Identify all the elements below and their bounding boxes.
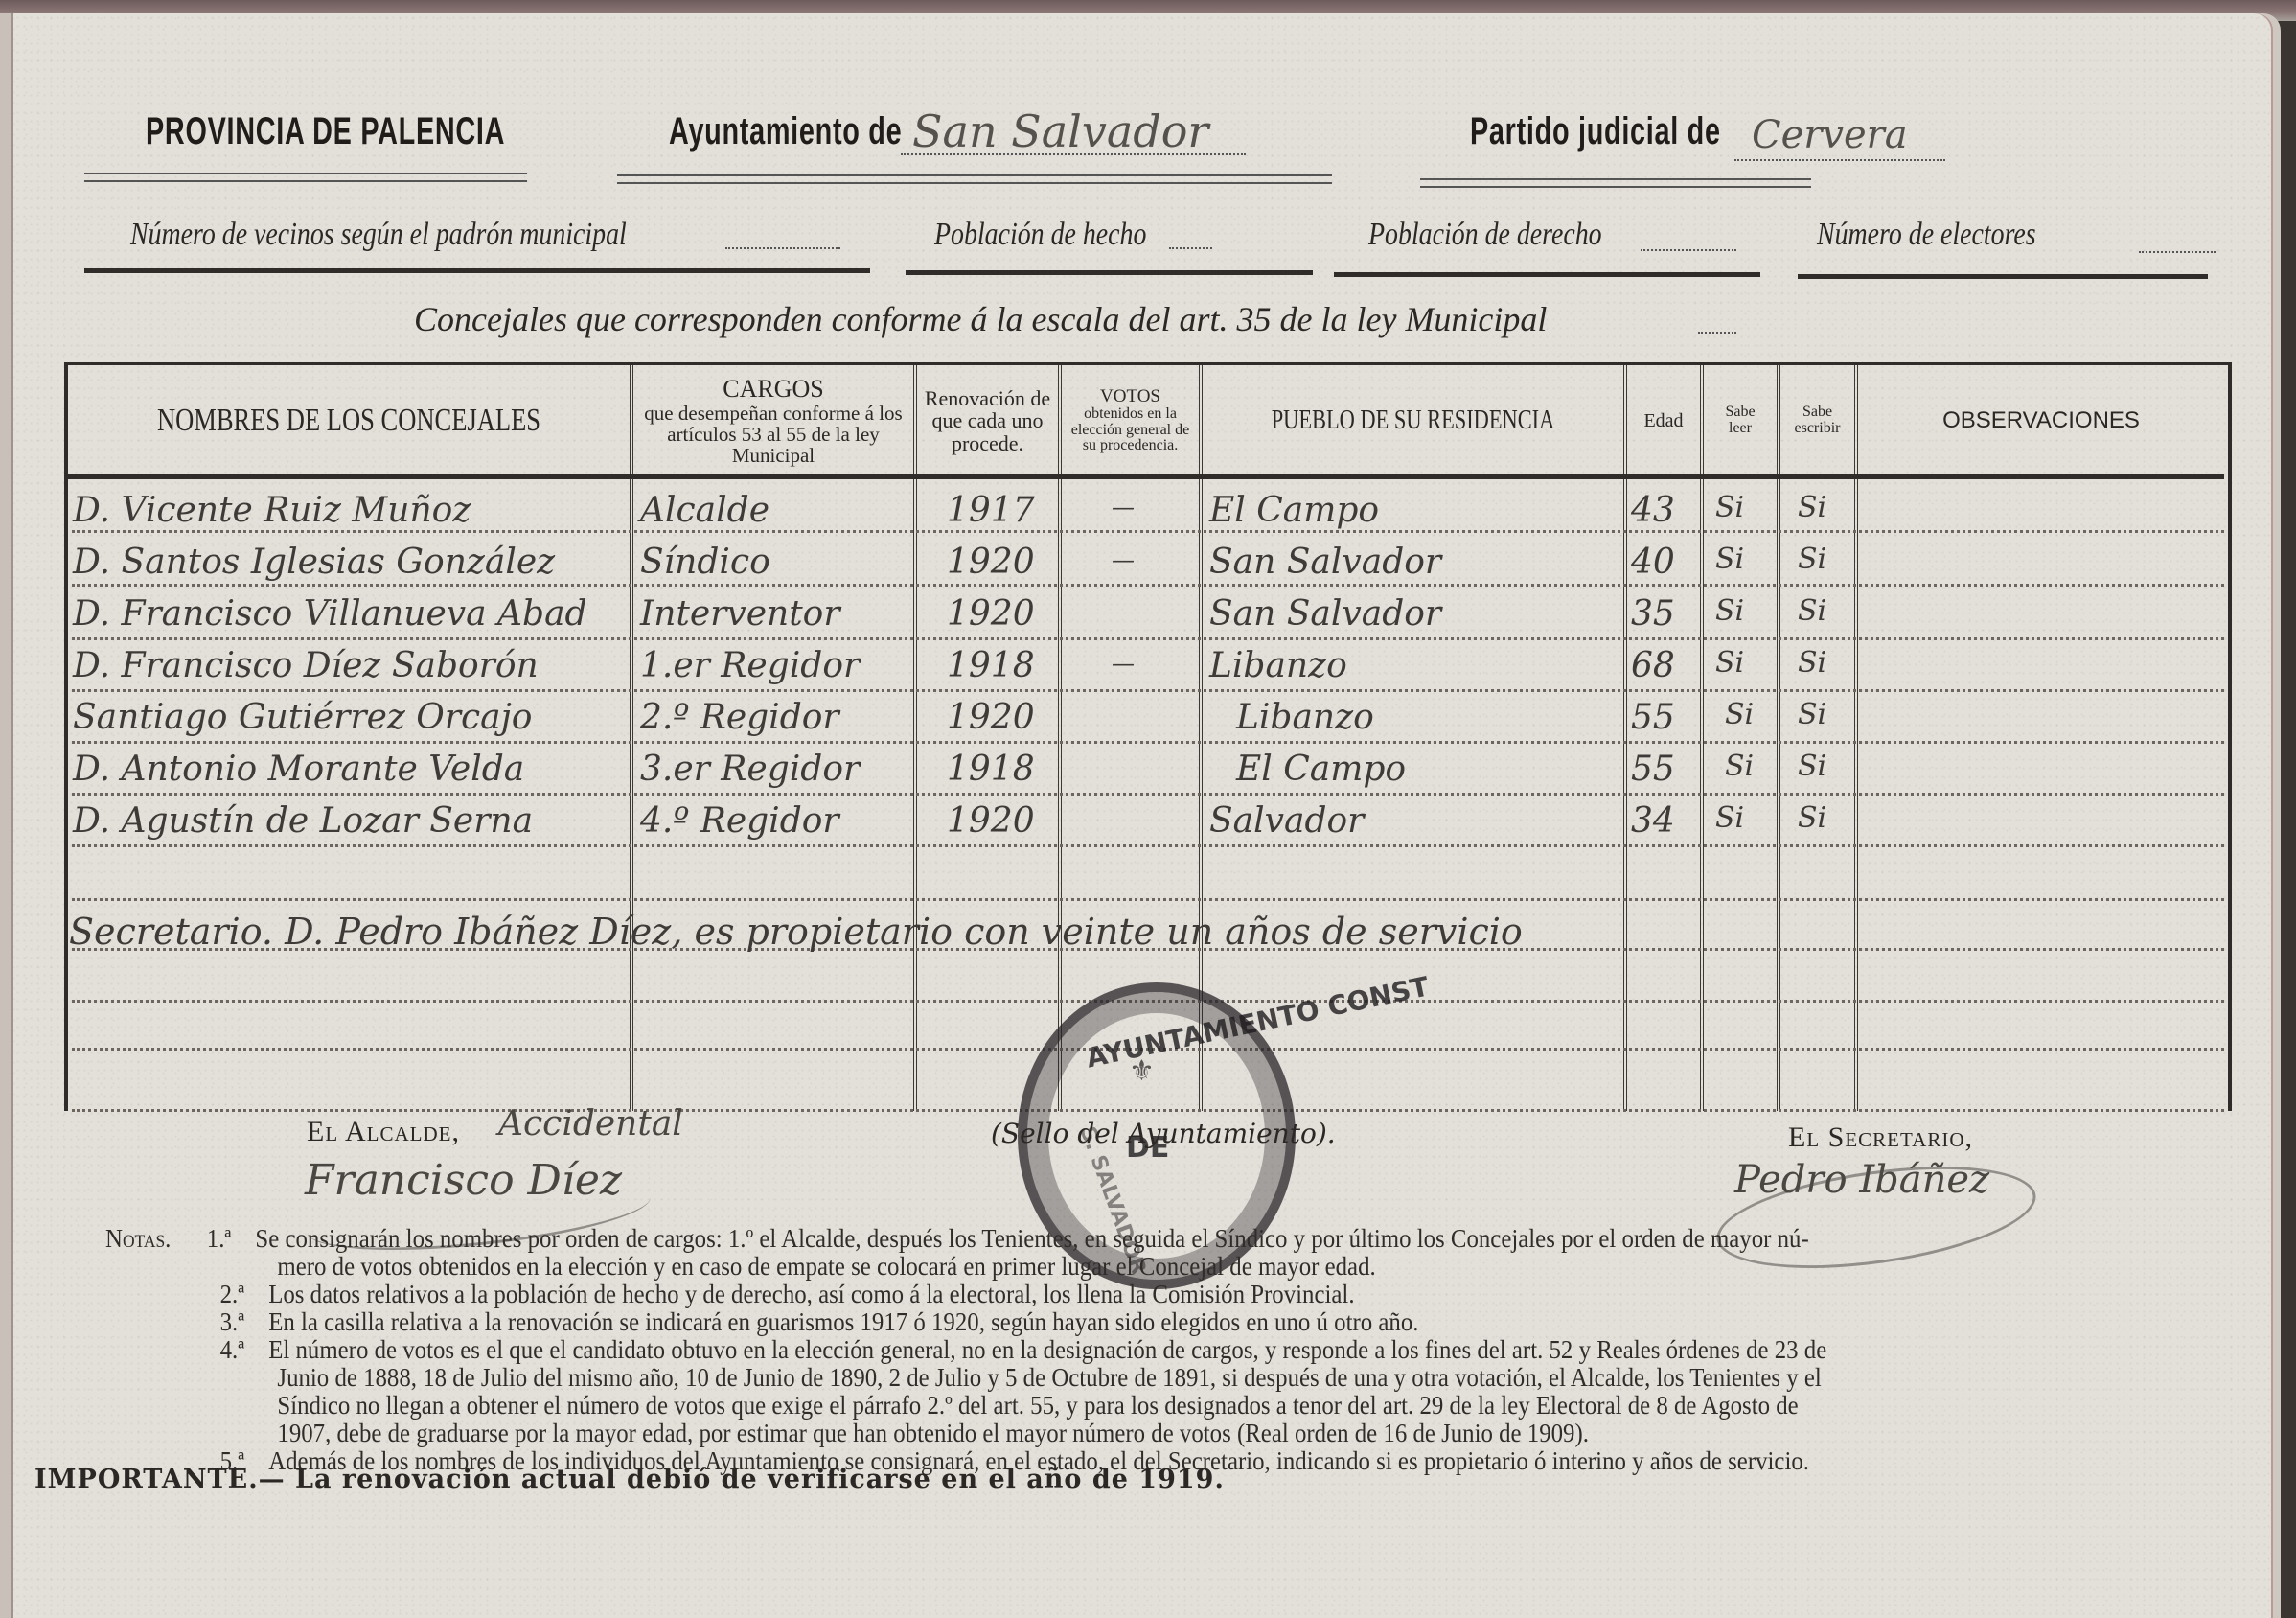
alcalde-sig-accidental: Accidental [498, 1104, 683, 1144]
note-4-text-3: Síndico no llegan a obtener el número de… [277, 1391, 1798, 1420]
row-line-3 [72, 637, 2224, 640]
row4-votos: — [1112, 650, 1135, 677]
sello-label: (Sello del Ayuntamiento). [991, 1118, 1336, 1149]
th-votos: VOTOS obtenidos en la elección general d… [1062, 373, 1199, 469]
note-1-line-1: Notas.1.ªSe consignarán los nombres por … [105, 1225, 2045, 1253]
row5-escribir: Si [1798, 698, 1826, 731]
vecinos-rule [84, 268, 870, 273]
note-1-number: 1.ª [207, 1225, 256, 1253]
row1-escribir: Si [1798, 491, 1826, 524]
row1-renovacion: 1917 [947, 491, 1035, 530]
row-line-8 [72, 898, 2224, 901]
row7-escribir: Si [1798, 801, 1826, 835]
row2-votos: — [1112, 546, 1135, 573]
note-3-text: En la casilla relativa a la renovación s… [268, 1307, 1418, 1336]
row4-pueblo: Libanzo [1209, 646, 1347, 685]
row1-leer: Si [1715, 491, 1744, 524]
note-1-text-1: Se consignarán los nombres por orden de … [255, 1224, 1808, 1253]
ayuntamiento-underline [617, 174, 1332, 184]
row6-cargo: 3.er Regidor [640, 750, 860, 789]
electores-dotted-line [2139, 251, 2216, 253]
secretario-label: El Secretario, [1788, 1121, 1973, 1154]
row7-leer: Si [1715, 801, 1744, 835]
th-cargos-title: CARGOS [723, 376, 823, 402]
partido-label: Partido judicial de [1470, 110, 1721, 153]
row5-edad: 55 [1631, 698, 1675, 737]
ayuntamiento-dotted-line [901, 153, 1246, 155]
vecinos-label: Número de vecinos según el padrón munici… [130, 217, 627, 253]
note-4-text-2: Junio de 1888, 18 de Julio del mismo año… [277, 1363, 1821, 1392]
poblacion-hecho-dotted-line [1169, 247, 1212, 249]
row5-renovacion: 1920 [947, 698, 1035, 737]
row7-cargo: 4.º Regidor [640, 801, 839, 841]
row7-renovacion: 1920 [947, 801, 1035, 841]
row2-nombre: D. Santos Iglesias González [73, 543, 555, 582]
row1-cargo: Alcalde [640, 491, 769, 530]
row5-nombre: Santiago Gutiérrez Orcajo [73, 698, 532, 737]
row-line-5 [72, 741, 2224, 744]
note-4-line-4: 1907, debe de graduarse por la mayor eda… [105, 1420, 2045, 1447]
row5-leer: Si [1725, 698, 1754, 731]
row2-renovacion: 1920 [947, 543, 1035, 582]
important-notice: IMPORTANTE.— La renovación actual debió … [34, 1465, 1225, 1494]
th-sabe-escribir: Sabe escribir [1780, 373, 1854, 469]
row6-pueblo: El Campo [1236, 750, 1406, 789]
ayuntamiento-value: San Salvador [912, 105, 1208, 157]
row6-renovacion: 1918 [947, 750, 1035, 789]
row2-edad: 40 [1631, 543, 1675, 582]
row3-nombre: D. Francisco Villanueva Abad [73, 594, 587, 634]
row5-pueblo: Libanzo [1236, 698, 1374, 737]
secretario-note: Secretario. D. Pedro Ibáñez Díez, es pro… [69, 911, 1523, 953]
th-renovacion: Renovación de que cada uno procede. [917, 373, 1058, 469]
th-nombres: NOMBRES DE LOS CONCEJALES [129, 373, 567, 469]
row4-escribir: Si [1798, 646, 1826, 680]
note-4-text-4: 1907, debe de graduarse por la mayor eda… [277, 1419, 1589, 1447]
row1-nombre: D. Vicente Ruiz Muñoz [73, 491, 471, 530]
poblacion-derecho-dotted-line [1641, 249, 1736, 251]
note-2: 2.ªLos datos relativos a la población de… [105, 1281, 2045, 1308]
row6-escribir: Si [1798, 750, 1826, 783]
th-votos-sub: obtenidos en la elección general de su p… [1062, 406, 1199, 454]
row7-pueblo: Salvador [1209, 801, 1364, 841]
th-observaciones: OBSERVACIONES [1858, 373, 2224, 469]
th-sabe-leer: Sabe leer [1704, 373, 1777, 469]
note-4-line-3: Síndico no llegan a obtener el número de… [105, 1392, 2045, 1420]
th-cargos-sub: que desempeñan conforme á los artículos … [633, 403, 913, 466]
row6-nombre: D. Antonio Morante Velda [73, 750, 524, 789]
row-line-2 [72, 584, 2224, 587]
provincia-title: PROVINCIA DE PALENCIA [146, 110, 505, 153]
electores-rule [1798, 274, 2208, 279]
row7-edad: 34 [1631, 801, 1675, 841]
row6-leer: Si [1725, 750, 1754, 783]
row7-nombre: D. Agustín de Lozar Serna [73, 801, 533, 841]
th-cargos: CARGOS que desempeñan conforme á los art… [633, 373, 913, 469]
stamp-fleur-de-lis-icon: ⚜ [1129, 1054, 1155, 1088]
poblacion-hecho-label: Población de hecho [934, 217, 1146, 253]
row2-escribir: Si [1798, 543, 1826, 576]
row2-cargo: Síndico [640, 543, 770, 582]
row4-edad: 68 [1631, 646, 1675, 685]
row1-edad: 43 [1631, 491, 1675, 530]
vecinos-dotted-line [725, 247, 840, 249]
row4-leer: Si [1715, 646, 1744, 680]
partido-underline-ext [1734, 178, 1811, 188]
header-separator [68, 474, 2224, 479]
electores-label: Número de electores [1817, 217, 2036, 253]
note-2-number: 2.ª [220, 1281, 269, 1308]
poblacion-derecho-rule [1334, 272, 1760, 277]
note-4-line-2: Junio de 1888, 18 de Julio del mismo año… [105, 1364, 2045, 1392]
poblacion-hecho-rule [906, 270, 1313, 275]
row4-nombre: D. Francisco Díez Saborón [73, 646, 539, 685]
binding-edge [0, 13, 13, 1618]
row3-pueblo: San Salvador [1209, 594, 1441, 634]
th-votos-title: VOTOS [1100, 387, 1160, 406]
note-4-line-1: 4.ªEl número de votos es el que el candi… [105, 1336, 2045, 1364]
alcalde-label: El Alcalde, [307, 1116, 460, 1148]
row-line-4 [72, 689, 2224, 692]
row-line-7 [72, 844, 2224, 847]
provincia-underline [84, 173, 527, 182]
poblacion-derecho-label: Población de derecho [1368, 217, 1602, 253]
th-edad: Edad [1627, 373, 1700, 469]
row1-pueblo: El Campo [1209, 491, 1379, 530]
row6-edad: 55 [1631, 750, 1675, 789]
note-3: 3.ªEn la casilla relativa a la renovació… [105, 1308, 2045, 1336]
row-line-6 [72, 793, 2224, 796]
row-line-1 [72, 530, 2224, 533]
note-1-text-2: mero de votos obtenidos en la elección y… [277, 1252, 1375, 1281]
row2-leer: Si [1715, 543, 1744, 576]
row3-leer: Si [1715, 594, 1744, 628]
row2-pueblo: San Salvador [1209, 543, 1441, 582]
row3-renovacion: 1920 [947, 594, 1035, 634]
partido-dotted-line [1734, 159, 1945, 161]
note-4-text-1: El número de votos es el que el candidat… [268, 1335, 1826, 1364]
partido-underline [1420, 178, 1734, 188]
partido-value: Cervera [1752, 113, 1908, 157]
row4-cargo: 1.er Regidor [640, 646, 860, 685]
note-3-number: 3.ª [220, 1308, 269, 1336]
row3-edad: 35 [1631, 594, 1675, 634]
note-1-line-2: mero de votos obtenidos en la elección y… [105, 1253, 2045, 1281]
row4-renovacion: 1918 [947, 646, 1035, 685]
row3-escribir: Si [1798, 594, 1826, 628]
row1-votos: — [1112, 494, 1135, 520]
notes-section: Notas.1.ªSe consignarán los nombres por … [105, 1225, 2045, 1475]
th-pueblo: PUEBLO DE SU RESIDENCIA [1245, 373, 1581, 469]
note-4-number: 4.ª [220, 1336, 269, 1364]
notes-label: Notas. [105, 1225, 207, 1253]
row5-cargo: 2.º Regidor [640, 698, 839, 737]
row3-cargo: Interventor [640, 594, 840, 634]
concejales-title: Concejales que corresponden conforme á l… [414, 299, 1547, 339]
note-2-text: Los datos relativos a la población de he… [268, 1280, 1354, 1308]
ayuntamiento-label: Ayuntamiento de [669, 110, 902, 153]
concejales-dotted-line [1698, 332, 1736, 334]
